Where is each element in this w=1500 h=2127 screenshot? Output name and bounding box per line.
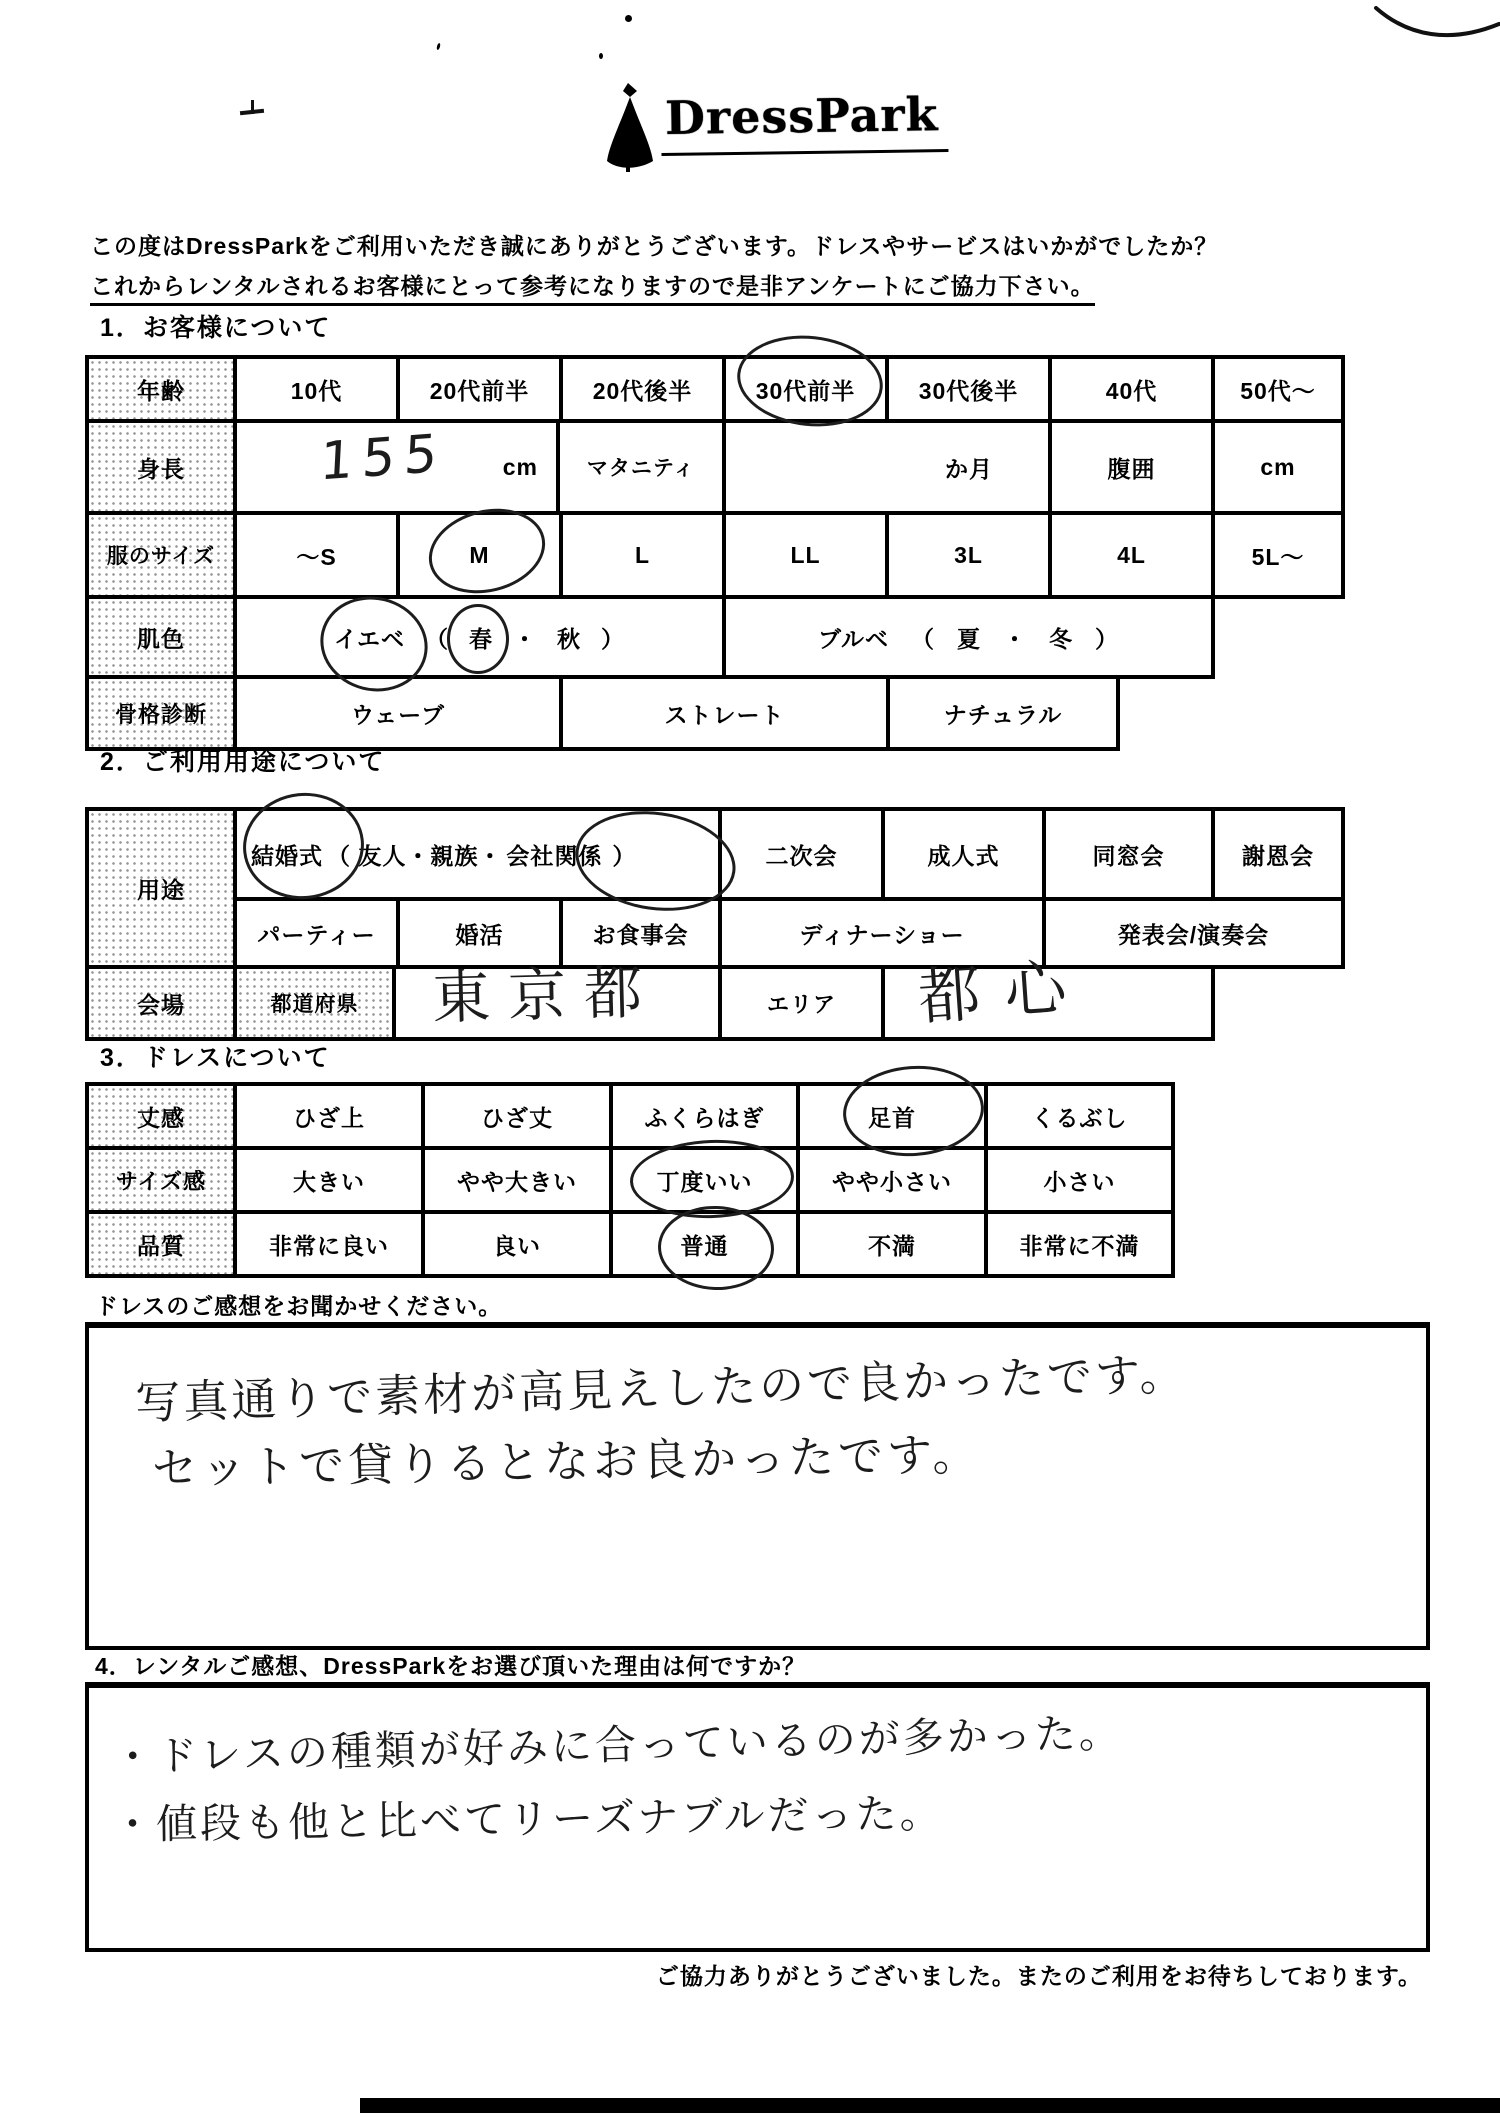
height-row: 身長 cm マタニティ か月 腹囲 cm: [85, 423, 1345, 515]
quality-option-very-unsatisfied: 非常に不満: [988, 1214, 1175, 1278]
scan-speck-3: [436, 43, 441, 51]
scan-artifact-bottom-bar: [360, 2098, 1500, 2113]
fit-option-bit-small: やや小さい: [800, 1150, 988, 1214]
age-option-50s: 50代～: [1215, 359, 1345, 423]
quality-option-unsatisfied: 不満: [800, 1214, 988, 1278]
purpose-option-coming-of-age: 成人式: [885, 811, 1046, 901]
venue-row: 会場 都道府県 エリア: [85, 969, 1345, 1041]
purpose-option-reunion: 同窓会: [1046, 811, 1215, 901]
section3-heading: 3．ドレスについて: [100, 1038, 331, 1074]
quality-option-good: 良い: [425, 1214, 613, 1278]
size-option-ll: LL: [726, 515, 889, 599]
skeleton-option-wave: ウェーブ: [237, 679, 563, 751]
scan-pen-mark-2: [251, 100, 254, 114]
length-option-above-knee: ひざ上: [237, 1086, 425, 1150]
quality-option-very-good: 非常に良い: [237, 1214, 425, 1278]
fit-option-small: 小さい: [988, 1150, 1175, 1214]
skeleton-option-straight: ストレート: [563, 679, 890, 751]
skeleton-label-cell: 骨格診断: [85, 679, 237, 751]
scan-speck-1: [625, 15, 632, 22]
paren-close: ）: [601, 621, 625, 654]
maternity-months-cell: か月: [726, 423, 1052, 515]
purpose-label-cell: 用途: [85, 811, 237, 969]
size-option-l: L: [563, 515, 726, 599]
scanned-survey-page: DressPark この度はDressParkをご利用いただき誠にありがとうござ…: [0, 0, 1500, 2127]
intro-note-text: これからレンタルされるお客様にとって参考になりますので是非アンケートにご協力下さ…: [90, 273, 1095, 306]
section1-heading: 1．お客様について: [100, 308, 331, 344]
length-option-anklebone: くるぶし: [988, 1086, 1175, 1150]
purpose-option-party: パーティー: [237, 901, 400, 969]
dresspark-logo: DressPark: [597, 82, 948, 174]
quality-row: 品質 非常に良い 良い 普通 不満 非常に不満: [85, 1214, 1175, 1278]
skeleton-option-natural: ナチュラル: [890, 679, 1120, 751]
size-option-s: ～S: [237, 515, 400, 599]
fit-option-big: 大きい: [237, 1150, 425, 1214]
waist-unit-cell: cm: [1215, 423, 1345, 515]
circle-annotation-skin-spring: [447, 604, 509, 674]
separator-dot-2: ・: [1003, 621, 1027, 654]
quality-label-cell: 品質: [85, 1214, 237, 1278]
size-option-5l: 5L～: [1215, 515, 1345, 599]
feedback-label: ドレスのご感想をお聞かせください。: [95, 1288, 502, 1321]
paren-open-2: （: [911, 621, 935, 654]
purpose-row-2: パーティー 婚活 お食事会 ディナーショー 発表会/演奏会: [237, 901, 1345, 969]
purpose-option-afterparty: 二次会: [722, 811, 885, 901]
scan-speck-2: [599, 53, 603, 59]
purpose-row-1: 結婚式 （ 友人・親族・ 会社関係 ） 二次会 成人式 同窓会 謝恩会: [237, 811, 1345, 901]
skin-label-cell: 肌色: [85, 599, 237, 679]
purpose-option-recital: 発表会/演奏会: [1046, 901, 1345, 969]
age-option-20s-first: 20代前半: [400, 359, 563, 423]
length-option-knee: ひざ丈: [425, 1086, 613, 1150]
skin-tone-row: 肌色 イエベ （ 春 ・ 秋 ） ブルベ （ 夏 ・ 冬 ）: [85, 599, 1345, 679]
customer-table: 年齢 10代 20代前半 20代後半 30代前半 30代後半 40代 50代～ …: [85, 355, 1345, 751]
height-unit-label: cm: [503, 454, 538, 481]
size-label-cell: 服のサイズ: [85, 515, 237, 599]
paren-open: （: [425, 621, 449, 654]
age-row: 年齢 10代 20代前半 20代後半 30代前半 30代後半 40代 50代～: [85, 359, 1345, 423]
logo-text: DressPark: [661, 80, 949, 156]
age-option-20s-second: 20代後半: [563, 359, 726, 423]
length-row: 丈感 ひざ上 ひざ丈 ふくらはぎ 足首 くるぶし: [85, 1086, 1175, 1150]
venue-pref-label-cell: 都道府県: [237, 969, 396, 1041]
size-option-4l: 4L: [1052, 515, 1215, 599]
fit-label-cell: サイズ感: [85, 1150, 237, 1214]
skin-option-bluebe: ブルベ: [818, 621, 889, 654]
section2-heading: 2．ご利用用途について: [100, 742, 385, 778]
purpose-option-thanks-party: 謝恩会: [1215, 811, 1345, 901]
paren-close-2: ）: [1095, 621, 1119, 654]
skin-option-autumn: 秋: [557, 621, 581, 654]
handwritten-area-value: 都心: [915, 936, 1093, 1037]
age-option-10s: 10代: [237, 359, 400, 423]
skin-blue-cell: ブルベ （ 夏 ・ 冬 ）: [726, 599, 1215, 679]
intro-text: この度はDressParkをご利用いただき誠にありがとうございます。ドレスやサー…: [90, 228, 1218, 261]
age-option-30s-second: 30代後半: [889, 359, 1052, 423]
intro-note-underlined: これからレンタルされるお客様にとって参考になりますので是非アンケートにご協力下さ…: [90, 268, 1095, 301]
clothing-size-row: 服のサイズ ～S M L LL 3L 4L 5L～: [85, 515, 1345, 599]
length-label-cell: 丈感: [85, 1086, 237, 1150]
skin-option-summer: 夏: [957, 621, 981, 654]
age-label-cell: 年齢: [85, 359, 237, 423]
dress-icon: [597, 82, 659, 174]
age-option-40s: 40代: [1052, 359, 1215, 423]
venue-area-label-cell: エリア: [722, 969, 885, 1041]
size-option-3l: 3L: [889, 515, 1052, 599]
handwritten-prefecture-value: 東京都: [431, 945, 661, 1035]
handwritten-reason-line2: ・値段も他と比べてリーズナブルだった。: [112, 1780, 944, 1851]
separator-dot: ・: [513, 621, 537, 654]
waist-label-cell: 腹囲: [1052, 423, 1215, 515]
fit-option-bit-big: やや大きい: [425, 1150, 613, 1214]
maternity-label-cell: マタニティ: [560, 423, 726, 515]
handwritten-height-value: 155: [319, 423, 448, 492]
height-label-cell: 身長: [85, 423, 237, 515]
skeleton-row: 骨格診断 ウェーブ ストレート ナチュラル: [85, 679, 1345, 751]
footer-thanks: ご協力ありがとうございました。またのご利用をお待ちしております。: [0, 1958, 1422, 1991]
venue-label-cell: 会場: [85, 969, 237, 1041]
scan-artifact-corner-mark: [1368, 0, 1500, 56]
section4-heading: 4．レンタルご感想、DressParkをお選び頂いた理由は何ですか？: [95, 1648, 806, 1681]
skin-option-winter: 冬: [1049, 621, 1073, 654]
